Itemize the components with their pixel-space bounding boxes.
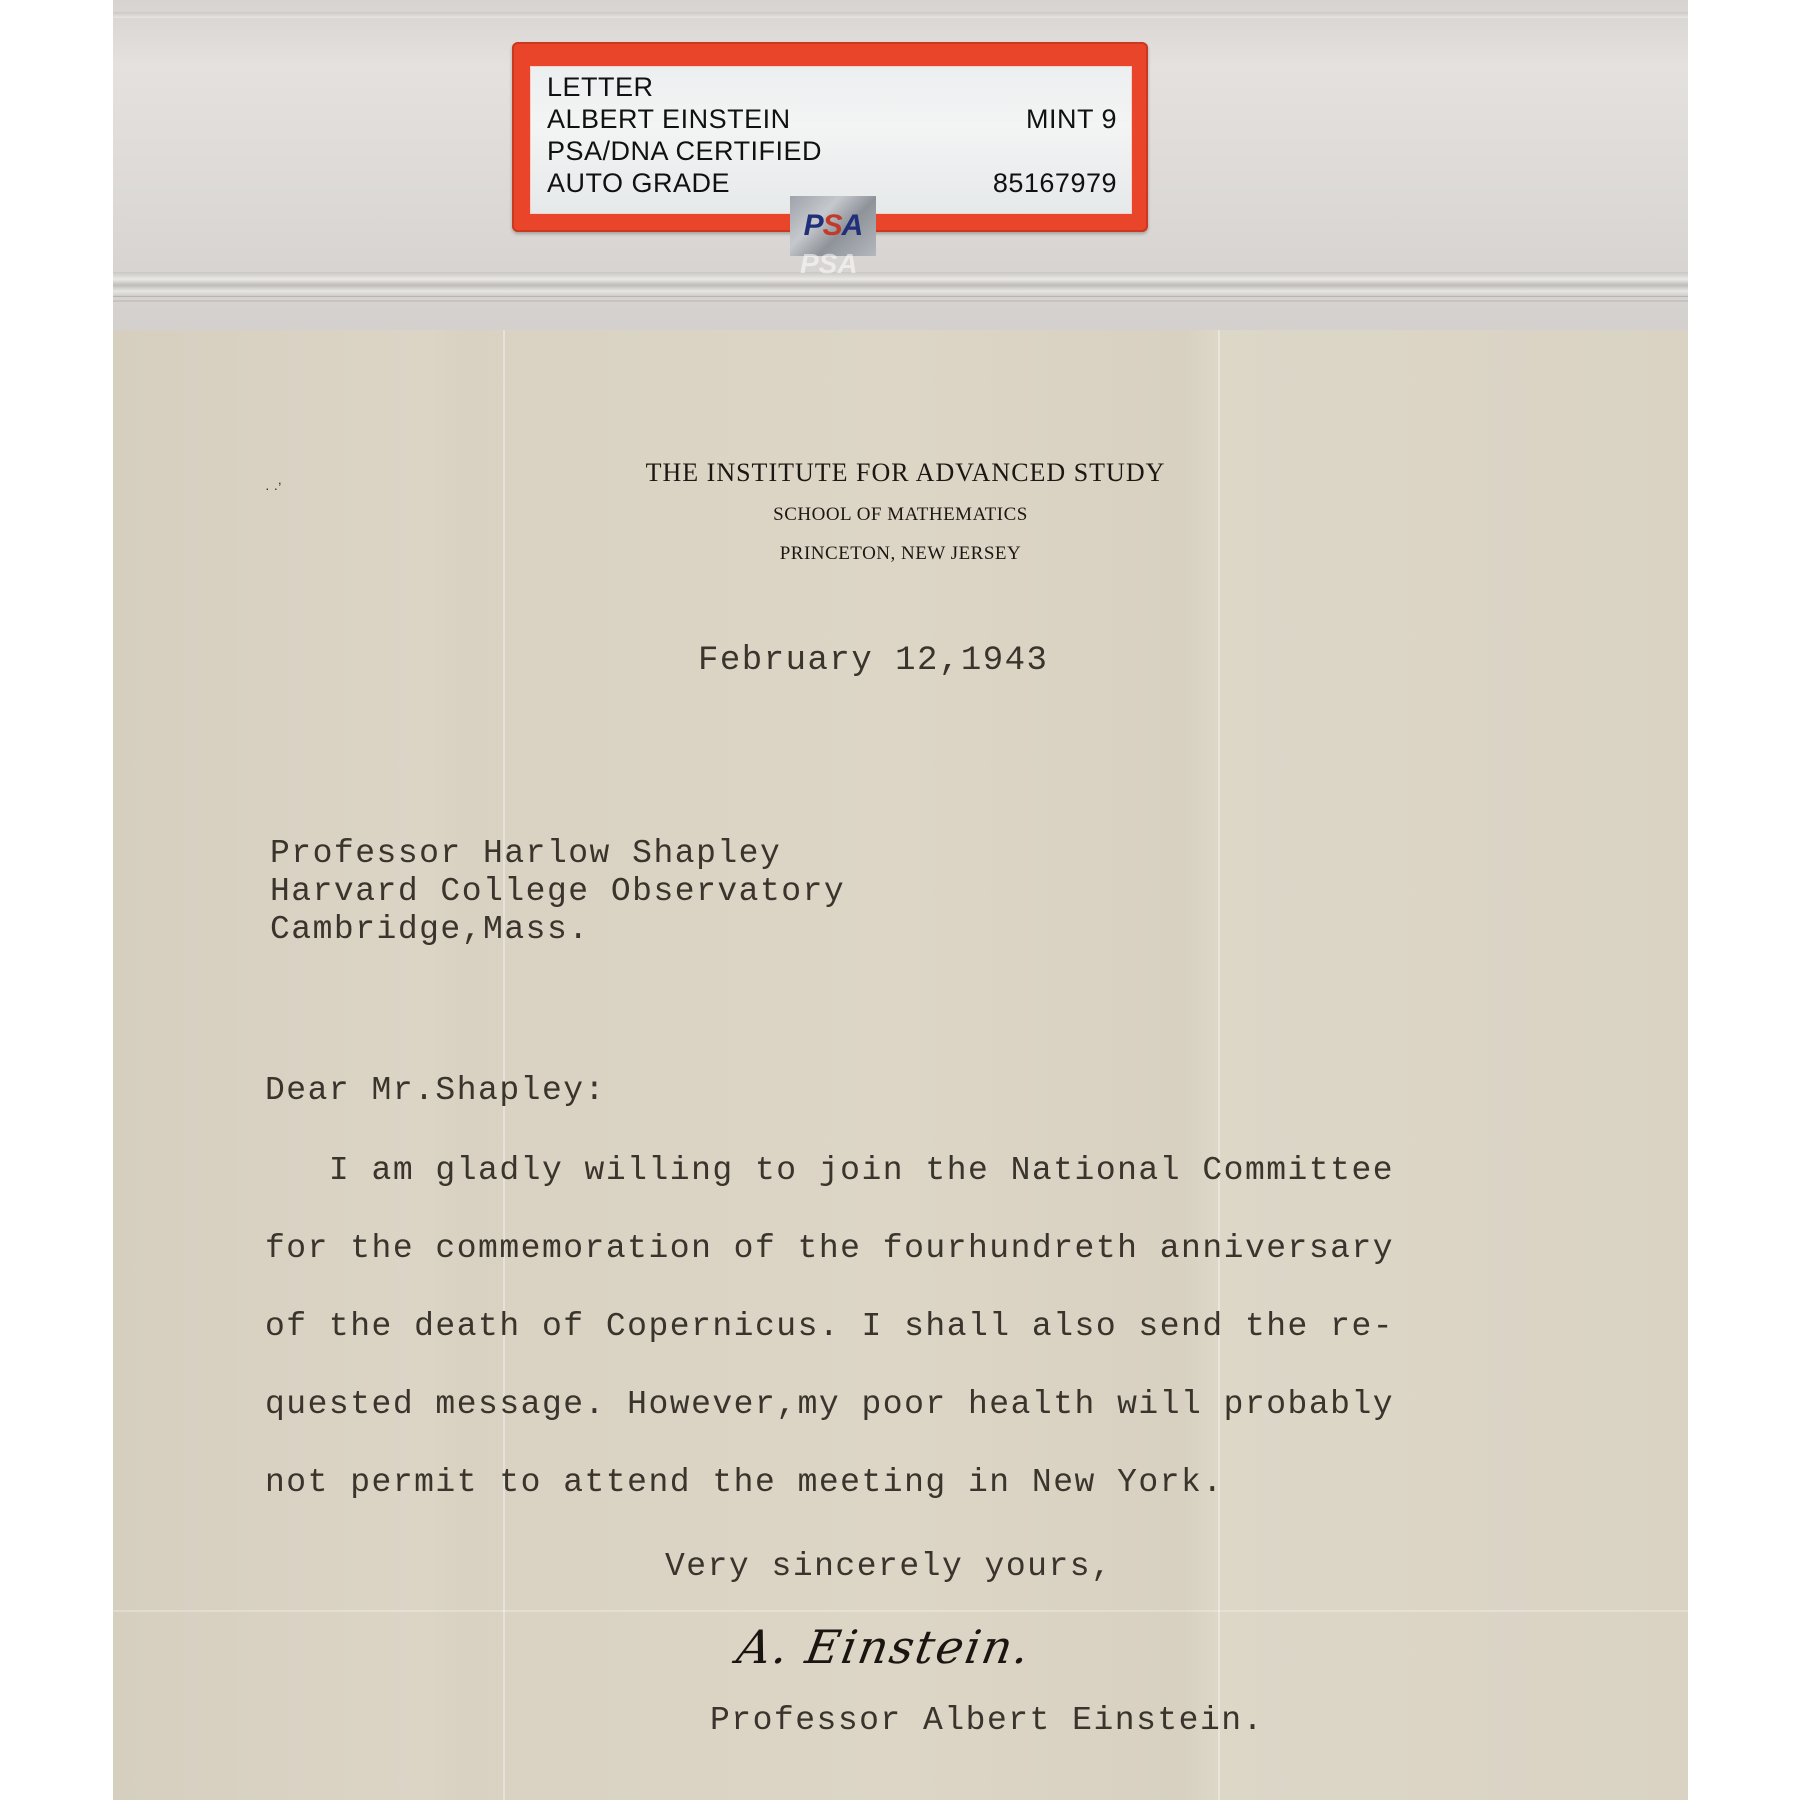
psa-grading-label: LETTER ALBERT EINSTEIN MINT 9 PSA/DNA CE… [512,42,1148,232]
slab-edge [113,300,1688,302]
body-line: for the commemoration of the fourhundret… [265,1230,1394,1267]
salutation: Dear Mr.Shapley: [265,1072,606,1109]
recipient-line: Cambridge,Mass. [270,911,590,948]
grade-type: AUTO GRADE [547,167,730,199]
cert-number: 85167979 [993,167,1117,199]
certification: PSA/DNA CERTIFIED [547,135,822,167]
subject-name: ALBERT EINSTEIN [547,103,791,135]
body-line: I am gladly willing to join the National… [265,1152,1394,1189]
item-type: LETTER [547,71,654,103]
grade: MINT 9 [1026,103,1117,135]
slab-groove [113,272,1688,297]
letterhead-location: PRINCETON, NEW JERSEY [113,543,1688,565]
handwritten-signature: A. Einstein. [733,1620,1035,1674]
letter-date: February 12,1943 [698,642,1048,680]
body-line: of the death of Copernicus. I shall also… [265,1308,1394,1345]
fold-line [113,1610,1688,1612]
letter-paper: · ·ʼ THE INSTITUTE FOR ADVANCED STUDY SC… [113,330,1688,1800]
closing: Very sincerely yours, [665,1548,1112,1585]
signatory-name: Professor Albert Einstein. [710,1702,1264,1739]
body-line: not permit to attend the meeting in New … [265,1464,1224,1501]
letterhead-school: SCHOOL OF MATHEMATICS [113,504,1688,526]
body-line: quested message. However,my poor health … [265,1386,1394,1423]
slab-top-ridge [113,12,1688,18]
letterhead-institution: THE INSTITUTE FOR ADVANCED STUDY [118,458,1693,488]
psa-logo: PSA [804,209,863,243]
psa-hologram-icon: PSA [790,196,876,256]
recipient-line: Professor Harlow Shapley [270,835,781,872]
label-inner: LETTER ALBERT EINSTEIN MINT 9 PSA/DNA CE… [530,66,1132,214]
recipient-line: Harvard College Observatory [270,873,845,910]
psa-embossed-logo: PSA [800,248,858,280]
